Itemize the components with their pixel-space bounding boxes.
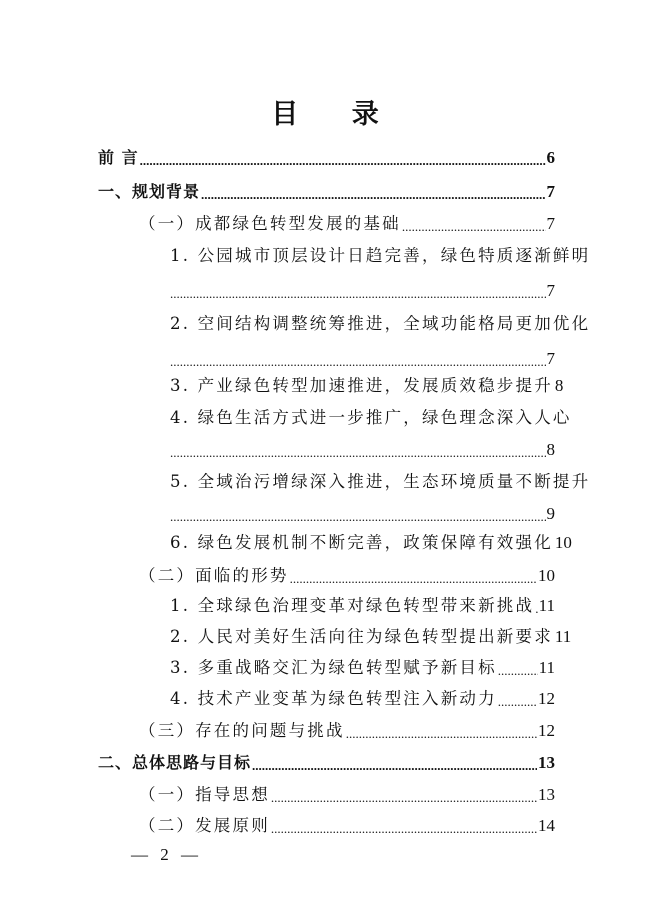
toc-page-number: 10 xyxy=(555,530,572,556)
toc-entry-subsection-leader[interactable]: 7 xyxy=(170,278,555,304)
toc-entry-subsection-label[interactable]: 4. 绿色生活方式进一步推广，绿色理念深入人心 xyxy=(170,405,555,431)
toc-entry-subsection[interactable]: 1. 全球绿色治理变革对绿色转型带来新挑战 11 xyxy=(170,593,555,619)
toc-label: 6. 绿色发展机制不断完善，政策保障有效强化 xyxy=(170,530,553,556)
toc-entry-subsection-label[interactable]: 1. 公园城市顶层设计日趋完善，绿色特质逐渐鲜明 xyxy=(170,243,555,269)
dot-leader xyxy=(201,179,545,205)
toc-entry-subsection[interactable]: 3. 产业绿色转型加速推进，发展质效稳步提升 8 xyxy=(170,373,555,399)
toc-entry-subsection-leader[interactable]: 8 xyxy=(170,437,555,463)
toc-page-number: 6 xyxy=(547,145,556,171)
toc-entry-chapter-2[interactable]: 二、总体思路与目标 13 xyxy=(98,750,555,776)
dot-leader xyxy=(252,750,537,776)
toc-label: 2. 人民对美好生活向往为绿色转型提出新要求 xyxy=(170,624,553,650)
toc-entry-subsection[interactable]: 3. 多重战略交汇为绿色转型赋予新目标 11 xyxy=(170,655,555,681)
dot-leader xyxy=(170,278,546,304)
toc-label: 一、规划背景 xyxy=(98,179,200,205)
toc-label: 4. 技术产业变革为绿色转型注入新动力 xyxy=(170,686,497,712)
toc-label: 3. 产业绿色转型加速推进，发展质效稳步提升 xyxy=(170,373,553,399)
toc-page-number: 7 xyxy=(547,211,556,237)
toc-entry-subsection[interactable]: 4. 技术产业变革为绿色转型注入新动力 12 xyxy=(170,686,555,712)
toc-label: （二）发展原则 xyxy=(139,813,270,839)
toc-label: 3. 多重战略交汇为绿色转型赋予新目标 xyxy=(170,655,497,681)
dot-leader xyxy=(346,718,537,744)
dot-leader xyxy=(290,563,537,589)
toc-label: （二）面临的形势 xyxy=(139,563,289,589)
toc-page-number: 14 xyxy=(538,813,555,839)
page-title: 目 录 xyxy=(0,92,650,131)
toc-page-number: 13 xyxy=(538,782,555,808)
toc-label: （一）指导思想 xyxy=(139,782,270,808)
toc-entry-preface[interactable]: 前 言 6 xyxy=(98,145,555,171)
toc-entry-section[interactable]: （一）成都绿色转型发展的基础 7 xyxy=(139,211,555,237)
toc-page-number: 7 xyxy=(547,346,556,372)
page-number-footer: — 2 — xyxy=(131,845,202,865)
toc-page-number: 11 xyxy=(539,655,555,681)
dot-leader xyxy=(271,813,537,839)
toc-page-number: 13 xyxy=(538,750,555,776)
toc-entry-subsection-label[interactable]: 2. 空间结构调整统筹推进，全域功能格局更加优化 xyxy=(170,311,555,337)
dot-leader xyxy=(170,437,546,463)
dot-leader xyxy=(535,593,537,619)
toc-entry-subsection[interactable]: 6. 绿色发展机制不断完善，政策保障有效强化 10 xyxy=(170,530,555,556)
toc-page-number: 9 xyxy=(547,501,556,527)
toc-page-number: 7 xyxy=(547,179,556,205)
toc-entry-section[interactable]: （一）指导思想 13 xyxy=(139,782,555,808)
dot-leader xyxy=(170,346,546,372)
toc-entry-subsection-label[interactable]: 5. 全域治污增绿深入推进，生态环境质量不断提升 xyxy=(170,469,555,495)
dot-leader xyxy=(402,211,546,237)
toc-page-number: 8 xyxy=(547,437,556,463)
toc-entry-subsection-leader[interactable]: 9 xyxy=(170,501,555,527)
toc-label: 二、总体思路与目标 xyxy=(98,750,251,776)
toc-label: 前 言 xyxy=(98,145,139,171)
toc-page-number: 11 xyxy=(539,593,555,619)
toc-page-number: 12 xyxy=(538,686,555,712)
toc-page-number: 12 xyxy=(538,718,555,744)
dot-leader xyxy=(498,686,537,712)
toc-entry-subsection[interactable]: 2. 人民对美好生活向往为绿色转型提出新要求 11 xyxy=(170,624,555,650)
dot-leader xyxy=(271,782,537,808)
dot-leader xyxy=(140,145,546,171)
toc-entry-chapter-1[interactable]: 一、规划背景 7 xyxy=(98,179,555,205)
toc-label: 1. 全球绿色治理变革对绿色转型带来新挑战 xyxy=(170,593,534,619)
toc-page-number: 11 xyxy=(555,624,571,650)
toc-page-number: 8 xyxy=(555,373,564,399)
toc-entry-subsection-leader[interactable]: 7 xyxy=(170,346,555,372)
toc-page-number: 7 xyxy=(547,278,556,304)
dot-leader xyxy=(498,655,538,681)
toc-entry-section[interactable]: （二）发展原则 14 xyxy=(139,813,555,839)
toc-entry-section[interactable]: （二）面临的形势 10 xyxy=(139,563,555,589)
toc-page-number: 10 xyxy=(538,563,555,589)
toc-label: （三）存在的问题与挑战 xyxy=(139,718,345,744)
dot-leader xyxy=(170,501,546,527)
toc-entry-section[interactable]: （三）存在的问题与挑战 12 xyxy=(139,718,555,744)
toc-label: （一）成都绿色转型发展的基础 xyxy=(139,211,401,237)
